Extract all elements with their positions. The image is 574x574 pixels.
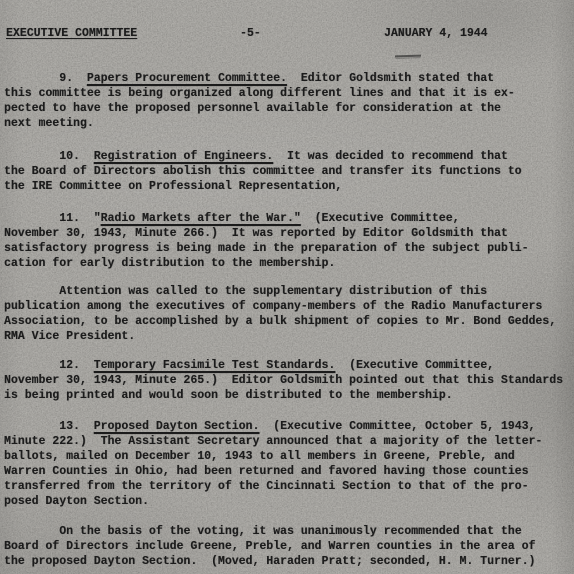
item-number: 11. " (4, 212, 101, 225)
minute-item-12: 12. Temporary Facsimile Test Standards. … (4, 358, 572, 403)
item-number: 9. (4, 72, 87, 85)
paragraph-indent (4, 525, 59, 538)
paragraph-indent (4, 285, 59, 298)
item-heading: Registration of Engineers. (94, 150, 273, 163)
item-heading: Temporary Facsimile Test Standards. (94, 359, 336, 372)
minute-item-9: 9. Papers Procurement Committee. Editor … (4, 71, 572, 131)
item-heading: Proposed Dayton Section. (94, 420, 260, 433)
item-heading: Papers Procurement Committee. (87, 72, 287, 85)
minute-item-11: 11. "Radio Markets after the War." (Exec… (4, 211, 572, 271)
item-number: 10. (4, 150, 94, 163)
page-header: EXECUTIVE COMMITTEE -5- JANUARY 4, 1944 (0, 26, 574, 41)
item-heading: Radio Markets after the War." (101, 212, 301, 225)
document-page: EXECUTIVE COMMITTEE -5- JANUARY 4, 1944 … (0, 0, 574, 574)
voting-result-paragraph: On the basis of the voting, it was unani… (4, 524, 572, 569)
minute-item-10: 10. Registration of Engineers. It was de… (4, 149, 572, 194)
item-number: 13. (4, 420, 94, 433)
item-number: 12. (4, 359, 94, 372)
item-body: (Executive Committee, October 5, 1943, M… (4, 420, 542, 508)
header-committee-title: EXECUTIVE COMMITTEE (6, 26, 137, 41)
paragraph-body: On the basis of the voting, it was unani… (4, 525, 535, 568)
header-page-number: -5- (240, 26, 261, 41)
header-date: JANUARY 4, 1944 (384, 26, 488, 41)
minute-item-13: 13. Proposed Dayton Section. (Executive … (4, 419, 572, 509)
paragraph-body: Attention was called to the supplementar… (4, 285, 556, 343)
supplementary-paragraph: Attention was called to the supplementar… (4, 284, 572, 344)
